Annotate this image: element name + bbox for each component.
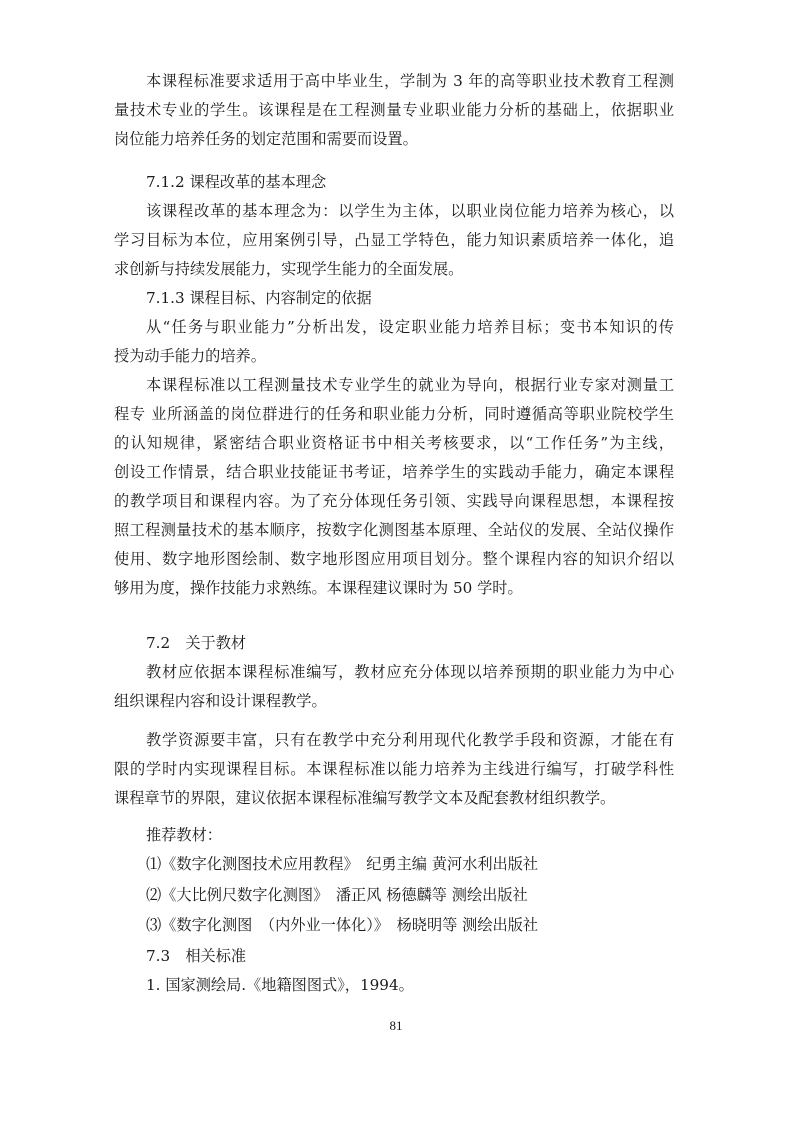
paragraph-line: 创设工作情景，结合职业技能证书考证，培养学生的实践动手能力，确定本课程 (114, 458, 674, 487)
section-heading-7-1-3: 7.1.3 课程目标、内容制定的依据 (146, 284, 674, 313)
paragraph-line: 授为动手能力的培养。 (114, 342, 674, 371)
paragraph-line: 的教学项目和课程内容。为了充分体现任务引领、实践导向课程思想，本课程按 (114, 487, 674, 516)
section-heading-7-2: 7.2 关于教材 (146, 629, 674, 658)
paragraph-line: 求创新与持续发展能力，实现学生能力的全面发展。 (114, 255, 674, 284)
recommended-textbooks-label: 推荐教材： (146, 821, 674, 850)
paragraph-line: 课程章节的界限，建议依据本课程标准编写教学文本及配套教材组织教学。 (114, 784, 674, 813)
paragraph-line: 使用、数字地形图绘制、数字地形图应用项目划分。整个课程内容的知识介绍以 (114, 545, 674, 574)
paragraph-line: 本课程标准要求适用于高中毕业生，学制为 3 年的高等职业技术教育工程测 (146, 67, 674, 96)
paragraph-line: 的认知规律，紧密结合职业资格证书中相关考核要求，以“工作任务”为主线， (114, 429, 674, 458)
document-page: 本课程标准要求适用于高中毕业生，学制为 3 年的高等职业技术教育工程测 量技术专… (0, 0, 793, 1122)
section-heading-7-1-2: 7.1.2 课程改革的基本理念 (146, 168, 674, 197)
paragraph-line: 从“任务与职业能力”分析出发，设定职业能力培养目标；变书本知识的传 (146, 313, 674, 342)
book-list-item: ⑶《数字化测图 （内外业一体化）》 杨晓明等 测绘出版社 (146, 911, 674, 940)
paragraph-line: 限的学时内实现课程目标。本课程标准以能力培养为主线进行编写，打破学科性 (114, 755, 674, 784)
paragraph-line: 照工程测量技术的基本顺序，按数字化测图基本原理、全站仪的发展、全站仪操作 (114, 516, 674, 545)
paragraph-line: 该课程改革的基本理念为：以学生为主体，以职业岗位能力培养为核心，以 (146, 197, 674, 226)
paragraph-line: 教材应依据本课程标准编写，教材应充分体现以培养预期的职业能力为中心 (146, 658, 674, 687)
paragraph-line: 量技术专业的学生。该课程是在工程测量专业职业能力分析的基础上，依据职业 (114, 96, 674, 125)
section-heading-7-3: 7.3 相关标准 (146, 942, 674, 971)
paragraph-line: 组织课程内容和设计课程教学。 (114, 687, 674, 716)
paragraph-line: 程专 业所涵盖的岗位群进行的任务和职业能力分析，同时遵循高等职业院校学生 (114, 400, 674, 429)
paragraph-line: 够用为度，操作技能力求熟练。本课程建议课时为 50 学时。 (114, 574, 674, 603)
book-list-item: ⑵《大比例尺数字化测图》 潘正风 杨德麟等 测绘出版社 (146, 881, 674, 910)
standard-list-item: 1. 国家测绘局.《地籍图图式》，1994。 (146, 971, 674, 1000)
paragraph-line: 本课程标准以工程测量技术专业学生的就业为导向，根据行业专家对测量工 (146, 371, 674, 400)
book-list-item: ⑴《数字化测图技术应用教程》 纪勇主编 黄河水利出版社 (146, 850, 674, 879)
paragraph-line: 岗位能力培养任务的划定范围和需要而设置。 (114, 125, 674, 154)
paragraph-line: 教学资源要丰富，只有在教学中充分利用现代化教学手段和资源，才能在有 (146, 726, 674, 755)
paragraph-line: 学习目标为本位，应用案例引导，凸显工学特色，能力知识素质培养一体化，追 (114, 226, 674, 255)
page-number: 81 (376, 1018, 416, 1034)
